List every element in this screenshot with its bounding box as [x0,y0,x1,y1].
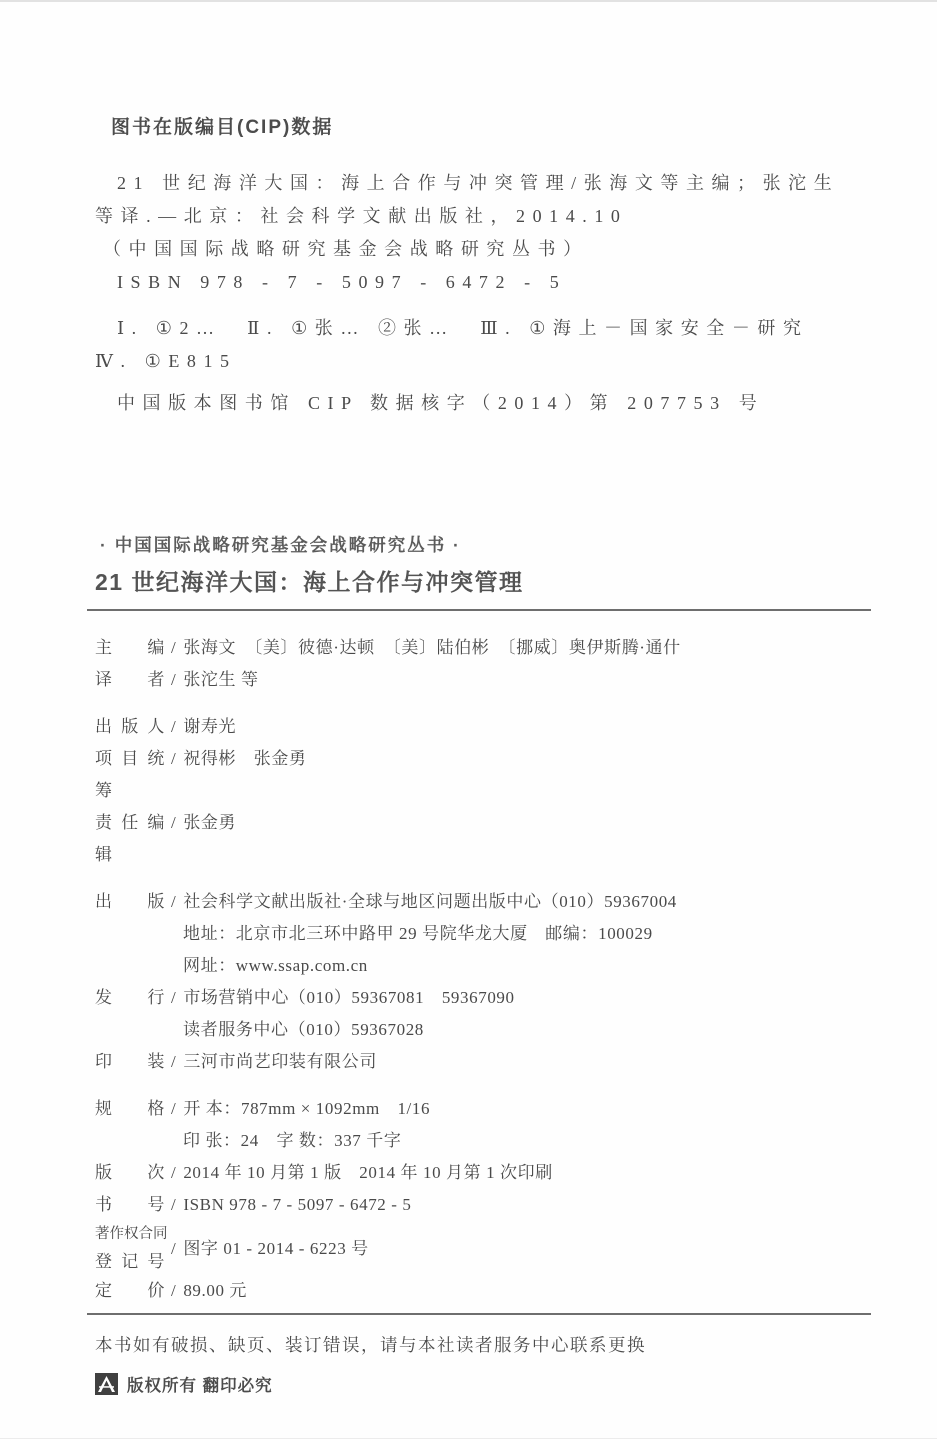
row-value: 市场营销中心（010）59367081 59367090 [183,982,877,1014]
series-title: · 中国国际战略研究基金会战略研究丛书 · [95,532,877,557]
slash-separator: / [171,1157,176,1189]
row-value: 三河市尚艺印装有限公司 [183,1046,877,1078]
credit-row-price: 定 价 / 89.00 元 [95,1275,877,1307]
row-value: 印 张：24 字 数：337 千字 [183,1125,877,1157]
row-label: 出 版 人 [95,711,165,743]
credit-row-managing-editor: 责任编辑 / 张金勇 [95,807,877,871]
cip-classification-line: Ⅳ. ①E815 [95,345,877,378]
slash-separator: / [171,1235,176,1262]
cip-header: 图书在版编目(CIP)数据 [111,112,877,139]
cip-classification-line: Ⅰ. ①2… Ⅱ. ①张… ②张… Ⅲ. ①海上－国家安全－研究 [95,312,877,345]
row-label: 著作权合同 登 记 号 [95,1221,165,1275]
slash-separator: / [171,664,176,696]
cip-record-line: 等译.—北京：社会科学文献出版社，2014.10 [95,200,877,233]
slash-separator: / [171,711,176,743]
row-label: 出 版 [95,886,165,918]
cip-series-line: （中国国际战略研究基金会战略研究丛书） [95,233,877,266]
credit-row-copyright-registration: 著作权合同 登 记 号 / 图字 01 - 2014 - 6223 号 [95,1221,877,1275]
row-value: 张海文 〔美〕彼德·达顿 〔美〕陆伯彬 〔挪威〕奥伊斯腾·通什 [183,632,877,664]
credit-row-publisher-person: 出 版 人 / 谢寿光 [95,711,877,743]
row-label: 定 价 [95,1275,165,1307]
page-top-edge [0,0,937,2]
slash-separator: / [171,1093,176,1125]
copyright-statement: 版权所有 翻印必究 [127,1372,273,1396]
slash-separator: / [171,886,176,918]
credit-row-project-coordinator: 项目统筹 / 祝得彬 张金勇 [95,743,877,807]
row-value: 开 本：787mm × 1092mm 1/16 [183,1093,877,1125]
row-label: 发 行 [95,982,165,1014]
copyright-line: 版权所有 翻印必究 [95,1372,877,1396]
row-label: 责任编辑 [95,807,165,871]
credit-row-distribution: 发 行 / 市场营销中心（010）59367081 59367090 [95,982,877,1014]
credit-row-format: 规 格 / 开 本：787mm × 1092mm 1/16 [95,1093,877,1125]
title-block: · 中国国际战略研究基金会战略研究丛书 · 21 世纪海洋大国：海上合作与冲突管… [95,532,877,597]
credit-row-isbn: 书 号 / ISBN 978 - 7 - 5097 - 6472 - 5 [95,1189,877,1221]
cip-block: 图书在版编目(CIP)数据 21 世纪海洋大国：海上合作与冲突管理/张海文等主编… [95,112,877,420]
credit-row-sheets-line: 印 张：24 字 数：337 千字 [95,1125,877,1157]
row-value: 谢寿光 [183,711,877,743]
slash-separator: / [171,982,176,1014]
row-value: 2014 年 10 月第 1 版 2014 年 10 月第 1 次印刷 [183,1157,877,1189]
cip-registry-line: 中国版本图书馆 CIP 数据核字（2014）第 207753 号 [95,387,877,420]
slash-separator: / [171,743,176,807]
publisher-logo-icon [95,1373,118,1395]
credit-row-reader-service-line: 读者服务中心（010）59367028 [95,1014,877,1046]
cip-classification: Ⅰ. ①2… Ⅱ. ①张… ②张… Ⅲ. ①海上－国家安全－研究 Ⅳ. ①E81… [95,312,877,378]
publisher-website: 网址：www.ssap.com.cn [183,950,877,982]
divider-top [87,609,871,611]
credit-row-chief-editor: 主 编 / 张海文 〔美〕彼德·达顿 〔美〕陆伯彬 〔挪威〕奥伊斯腾·通什 [95,632,877,664]
row-value: 祝得彬 张金勇 [183,743,877,807]
row-value: 图字 01 - 2014 - 6223 号 [183,1235,877,1262]
row-value: ISBN 978 - 7 - 5097 - 6472 - 5 [183,1189,877,1221]
row-value: 读者服务中心（010）59367028 [183,1014,877,1046]
row-label: 规 格 [95,1093,165,1125]
credit-row-printing: 印 装 / 三河市尚艺印装有限公司 [95,1046,877,1078]
row-value: 张金勇 [183,807,877,871]
cip-isbn-line: ISBN 978 - 7 - 5097 - 6472 - 5 [95,266,877,299]
slash-separator: / [171,1275,176,1307]
slash-separator: / [171,632,176,664]
copyright-page: 图书在版编目(CIP)数据 21 世纪海洋大国：海上合作与冲突管理/张海文等主编… [0,112,877,1396]
row-label: 项目统筹 [95,743,165,807]
row-label: 版 次 [95,1157,165,1189]
cip-record-line: 21 世纪海洋大国：海上合作与冲突管理/张海文等主编；张沱生 [95,167,877,200]
row-value: 社会科学文献出版社·全球与地区问题出版中心（010）59367004 [183,886,877,918]
row-label: 书 号 [95,1189,165,1221]
divider-bottom [87,1313,871,1315]
row-value: 地址：北京市北三环中路甲 29 号院华龙大厦 邮编：100029 [183,918,877,950]
credit-row-address-line: 地址：北京市北三环中路甲 29 号院华龙大厦 邮编：100029 [95,918,877,950]
credits-block: 主 编 / 张海文 〔美〕彼德·达顿 〔美〕陆伯彬 〔挪威〕奥伊斯腾·通什 译 … [95,632,877,1307]
book-title: 21 世纪海洋大国：海上合作与冲突管理 [95,564,877,597]
cip-record: 21 世纪海洋大国：海上合作与冲突管理/张海文等主编；张沱生 等译.—北京：社会… [95,167,877,299]
credit-row-edition: 版 次 / 2014 年 10 月第 1 版 2014 年 10 月第 1 次印… [95,1157,877,1189]
slash-separator: / [171,1046,176,1078]
row-label: 译 者 [95,664,165,696]
row-label: 主 编 [95,632,165,664]
footer-block: 本书如有破损、缺页、装订错误，请与本社读者服务中心联系更换 版权所有 翻印必究 [95,1332,877,1396]
row-value: 张沱生 等 [183,664,877,696]
slash-separator: / [171,1189,176,1221]
copyright-contract-label: 著作权合同 [95,1221,165,1248]
slash-separator: / [171,807,176,871]
credit-row-website-line: 网址：www.ssap.com.cn [95,950,877,982]
damage-notice: 本书如有破损、缺页、装订错误，请与本社读者服务中心联系更换 [95,1332,877,1357]
credit-row-translator: 译 者 / 张沱生 等 [95,664,877,696]
row-label: 印 装 [95,1046,165,1078]
row-value: 89.00 元 [183,1275,877,1307]
credit-row-publishing: 出 版 / 社会科学文献出版社·全球与地区问题出版中心（010）59367004 [95,886,877,918]
registration-number-label: 登 记 号 [95,1248,165,1275]
